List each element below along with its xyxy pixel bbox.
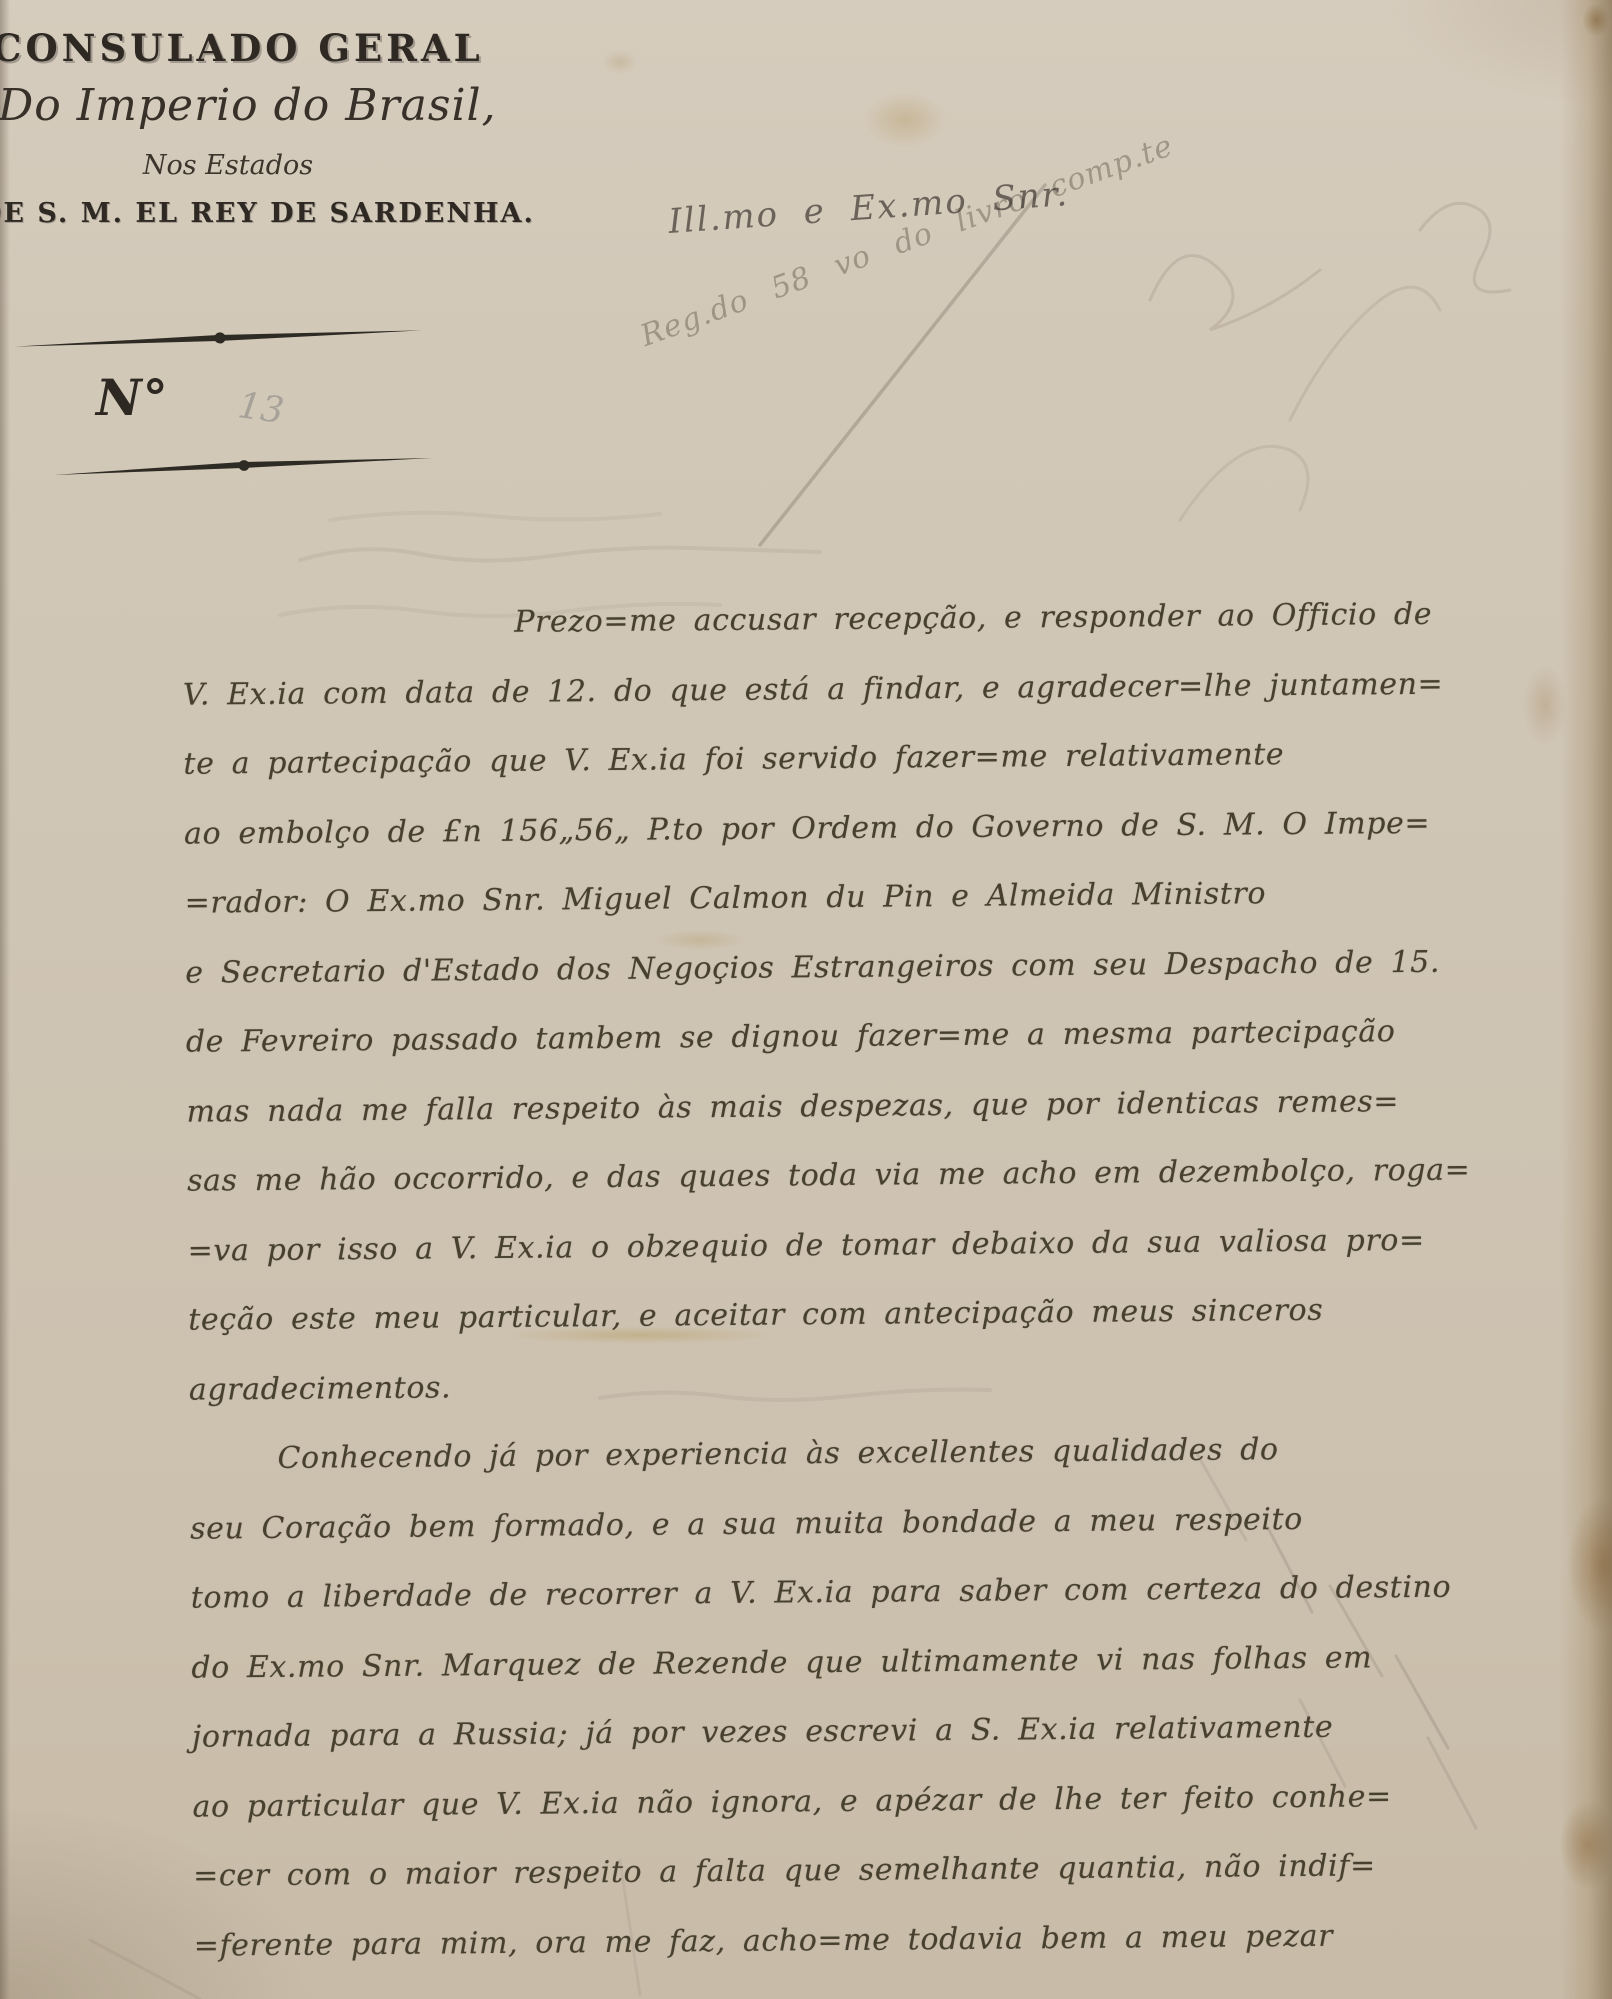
document-number-pencil: 13: [235, 385, 286, 432]
manuscript-line: Prezo=me accusar recepção, e responder a…: [182, 581, 1253, 660]
letterhead-sovereign: DE S. M. EL REY DE SARDENHA.: [0, 198, 464, 229]
manuscript-line: =rador: O Ex.mo Snr. Miguel Calmon du Pi…: [184, 859, 1255, 938]
manuscript-line: e Secretario d'Estado dos Negoçios Estra…: [185, 929, 1256, 1008]
letterhead-title: CONSULADO GERAL: [0, 26, 444, 70]
manuscript-line: seu Coração bem formado, e a sua muita b…: [190, 1485, 1261, 1564]
manuscript-line: ao embolço de £n 156„56„ P.to por Ordem …: [184, 790, 1255, 869]
letterhead-subtitle: Do Imperio do Brasil,: [0, 80, 458, 131]
scanned-letter-page: CONSULADO GERAL Do Imperio do Brasil, No…: [0, 0, 1612, 1999]
page-left-edge: [0, 0, 10, 1999]
manuscript-line: do Ex.mo Snr. Marquez de Rezende que ult…: [191, 1624, 1262, 1703]
page-right-edge: [1560, 0, 1612, 1999]
manuscript-line: =va por isso a V. Ex.ia o obzequio de to…: [187, 1207, 1258, 1286]
manuscript-line: tomo a liberdade de recorrer a V. Ex.ia …: [190, 1554, 1261, 1633]
manuscript-line: V. Ex.ia com data de 12. do que está a f…: [183, 651, 1254, 730]
manuscript-line: =ferente para mim, ora me faz, acho=me t…: [193, 1902, 1264, 1981]
manuscript-line: jornada para a Russia; já por vezes escr…: [192, 1693, 1263, 1772]
letter-body: Prezo=me accusar recepção, e responder a…: [182, 581, 1264, 1980]
manuscript-line: sas me hão occorrido, e das quaes toda v…: [187, 1137, 1258, 1216]
letterhead-estados: Nos Estados: [0, 150, 458, 181]
manuscript-line: de Fevreiro passado tambem se dignou faz…: [186, 998, 1257, 1077]
manuscript-line: Conhecendo já por experiencia às excelle…: [189, 1415, 1260, 1494]
manuscript-line: te a partecipação que V. Ex.ia foi servi…: [183, 720, 1254, 799]
manuscript-line: teção este meu particular, e aceitar com…: [188, 1276, 1259, 1355]
manuscript-line: mas nada me falla respeito às mais despe…: [186, 1068, 1257, 1147]
manuscript-line: =cer com o maior respeito a falta que se…: [193, 1832, 1264, 1911]
manuscript-line: agradecimentos.: [189, 1346, 1260, 1425]
document-number-label: N°: [96, 368, 169, 427]
manuscript-line: ao particular que V. Ex.ia não ignora, e…: [192, 1763, 1263, 1842]
